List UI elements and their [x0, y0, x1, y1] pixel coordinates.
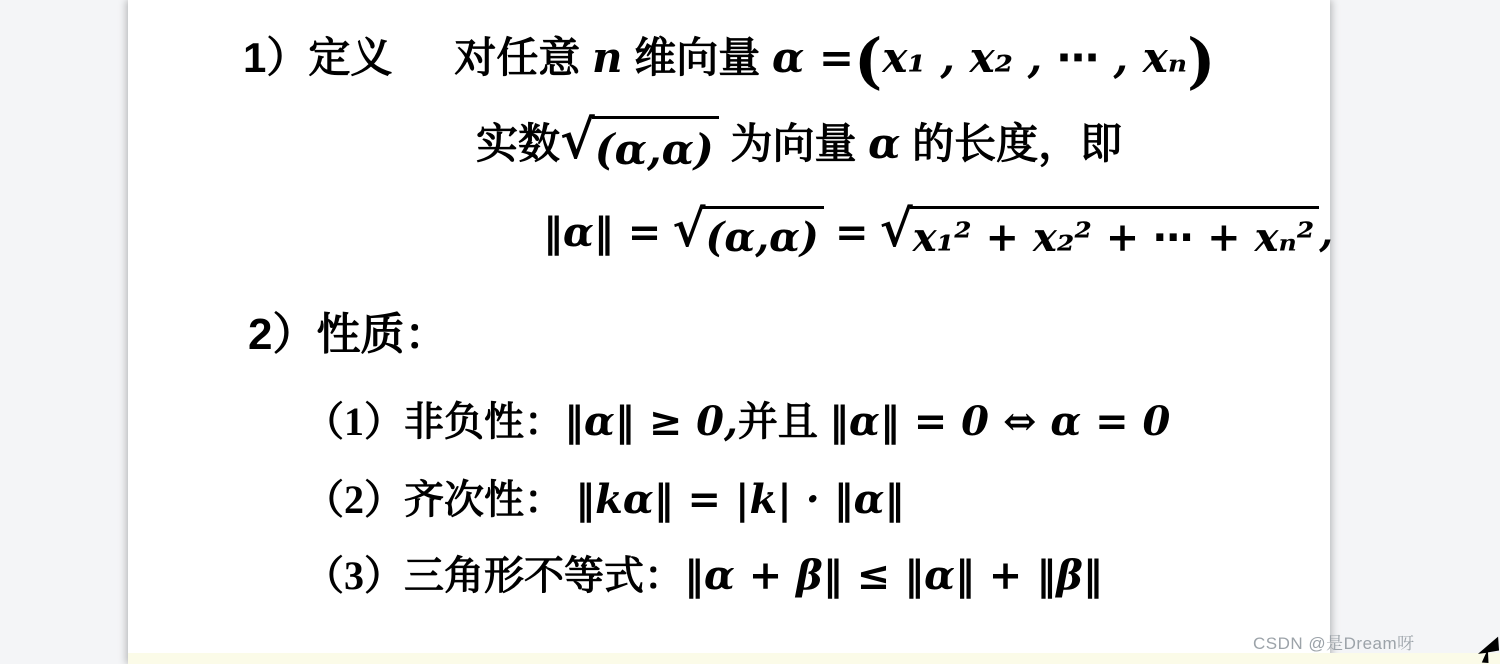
property-index: （2） — [304, 477, 404, 522]
sqrt-body: (α,α) — [702, 206, 823, 265]
property-homogeneity-line: （2）齐次性： ‖kα‖ = |k| · ‖α‖ — [304, 474, 904, 527]
sqrt-inner-product-2: √(α,α) — [672, 206, 823, 265]
sqrt-sum-of-squares: √x₁² + x₂² + ⋯ + xₙ² — [880, 206, 1320, 265]
math-n: n — [592, 33, 623, 82]
sqrt-inner-product: √(α,α) — [560, 116, 719, 177]
close-paren: ) — [1187, 27, 1215, 97]
property-name: 非负性： — [404, 399, 564, 444]
property-triangle-inequality-line: （3）三角形不等式：‖α + β‖ ≤ ‖α‖ + ‖β‖ — [304, 550, 1103, 603]
length-prefix-text: 实数 — [476, 122, 560, 168]
property-math: ‖α‖ = 0 ⇔ α = 0 — [829, 398, 1170, 445]
radical-sign-icon: √ — [880, 206, 913, 252]
open-paren: ( — [854, 27, 882, 97]
property-conjunction: 并且 — [738, 399, 818, 444]
norm-lhs: ‖α‖ = — [543, 209, 661, 256]
property-name: 三角形不等式： — [404, 553, 684, 598]
math-alpha-equals: α = — [772, 33, 854, 82]
definition-dim-text: 维向量 — [634, 36, 760, 82]
property-index: （3） — [304, 553, 404, 598]
property-math: ‖α + β‖ ≤ ‖α‖ + ‖β‖ — [684, 552, 1103, 599]
trailing-comma: , — [1319, 209, 1333, 256]
sqrt-body: x₁² + x₂² + ⋯ + xₙ² — [910, 206, 1320, 265]
definition-intro-text: 对任意 — [454, 36, 580, 82]
equals-sign: = — [835, 209, 869, 256]
radical-sign-icon: √ — [560, 116, 595, 165]
length-mid-text: 为向量 — [730, 122, 856, 168]
property-nonnegativity-line: （1）非负性：‖α‖ ≥ 0,并且 ‖α‖ = 0 ⇔ α = 0 — [304, 396, 1170, 449]
math-vector-components: x₁ , x₂ , ⋯ , xₙ — [882, 33, 1187, 82]
property-index: （1） — [304, 399, 404, 444]
property-math: ‖kα‖ = |k| · ‖α‖ — [575, 476, 904, 523]
csdn-watermark: CSDN @是Dream呀 — [1253, 629, 1415, 654]
cursor-arrow-icon — [1477, 636, 1500, 664]
sqrt-body: (α,α) — [592, 116, 719, 177]
property-name: 齐次性： — [404, 477, 564, 522]
length-suffix-text: 的长度，即 — [912, 122, 1122, 168]
norm-formula-line: ‖α‖ = √(α,α) = √x₁² + x₂² + ⋯ + xₙ², — [543, 206, 1333, 265]
math-alpha: α — [868, 119, 900, 168]
length-definition-line: 实数√(α,α) 为向量 α 的长度，即 — [476, 116, 1122, 177]
bottom-highlight-strip — [128, 653, 1500, 664]
radical-sign-icon: √ — [672, 206, 705, 252]
document-page: 1）定义对任意 n 维向量 α =(x₁ , x₂ , ⋯ , xₙ) 实数√(… — [128, 0, 1330, 664]
viewer-canvas: 1）定义对任意 n 维向量 α =(x₁ , x₂ , ⋯ , xₙ) 实数√(… — [0, 0, 1500, 664]
property-math: ‖α‖ ≥ 0, — [564, 398, 738, 445]
definition-label: 1）定义 — [243, 34, 392, 81]
definition-line: 1）定义对任意 n 维向量 α =(x₁ , x₂ , ⋯ , xₙ) — [243, 30, 1215, 87]
properties-heading: 2）性质： — [248, 306, 448, 364]
properties-label: 2）性质： — [248, 310, 448, 359]
